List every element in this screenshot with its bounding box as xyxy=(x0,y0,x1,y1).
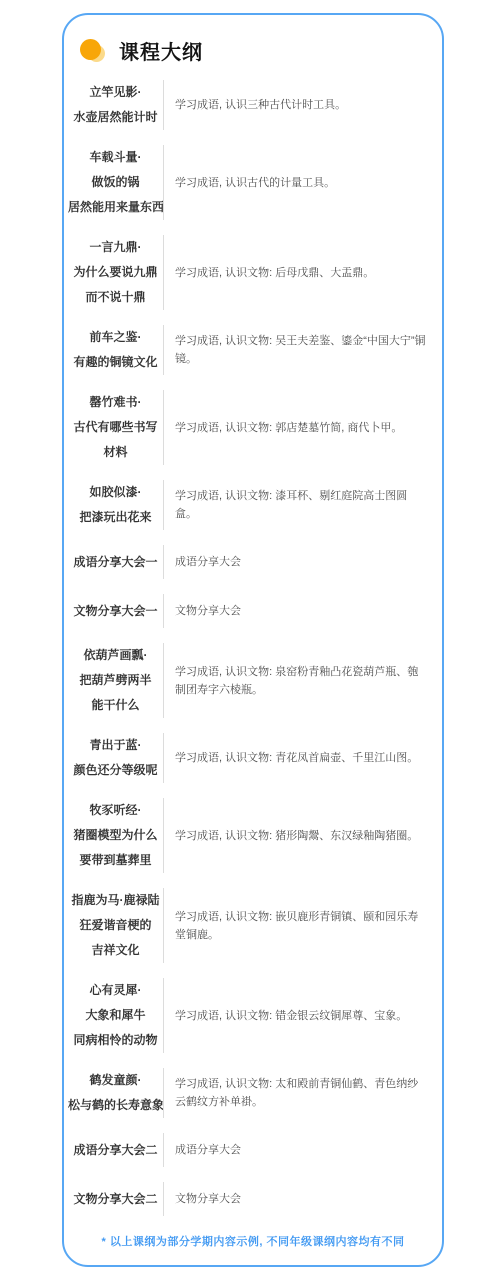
course-title-line: 鹤发童颜· xyxy=(68,1068,163,1093)
orange-dot-icon xyxy=(80,37,106,63)
course-description: 学习成语, 认识文物: 郭店楚墓竹简, 商代卜甲。 xyxy=(175,419,402,437)
course-description: 学习成语, 认识文物: 吴王夫差鉴、鎏金“中国大宁”铜镜。 xyxy=(175,332,428,368)
course-description-cell: 学习成语, 认识文物: 泉窑粉青釉凸花瓷葫芦瓶、匏制团寿字六棱瓶。 xyxy=(164,663,428,699)
course-description: 学习成语, 认识古代的计量工具。 xyxy=(175,174,335,192)
course-title-line: 颜色还分等级呢 xyxy=(68,758,163,783)
course-outline-card: 课程大纲 立竿见影·水壶居然能计时 学习成语, 认识三种古代计时工具。 车载斗量… xyxy=(62,13,444,1267)
course-description: 学习成语, 认识三种古代计时工具。 xyxy=(175,96,346,114)
course-title-line: 依葫芦画瓢· xyxy=(68,643,163,668)
course-title-line: 吉祥文化 xyxy=(68,938,163,963)
table-row: 一言九鼎·为什么要说九鼎而不说十鼎 学习成语, 认识文物: 后母戊鼎、大盂鼎。 xyxy=(68,230,428,315)
course-description: 学习成语, 认识文物: 猪形陶鬶、东汉绿釉陶猪圈。 xyxy=(175,827,418,845)
course-title-line: 居然能用来量东西 xyxy=(68,195,163,220)
course-title-line: 前车之鉴· xyxy=(68,325,163,350)
course-description: 学习成语, 认识文物: 后母戊鼎、大盂鼎。 xyxy=(175,264,374,282)
course-description-cell: 学习成语, 认识文物: 猪形陶鬶、东汉绿釉陶猪圈。 xyxy=(164,827,428,845)
course-title-line: 青出于蓝· xyxy=(68,733,163,758)
table-row: 文物分享大会二 文物分享大会 xyxy=(68,1177,428,1221)
table-row: 青出于蓝·颜色还分等级呢 学习成语, 认识文物: 青花凤首扁壶、千里江山图。 xyxy=(68,728,428,788)
course-description-cell: 学习成语, 认识文物: 吴王夫差鉴、鎏金“中国大宁”铜镜。 xyxy=(164,332,428,368)
course-table: 立竿见影·水壶居然能计时 学习成语, 认识三种古代计时工具。 车载斗量·做饭的锅… xyxy=(68,75,428,1221)
course-description-cell: 学习成语, 认识文物: 嵌贝鹿形青铜镇、颐和园乐寿堂铜鹿。 xyxy=(164,908,428,944)
course-title-line: 松与鹤的长寿意象 xyxy=(68,1093,163,1118)
course-title-cell: 一言九鼎·为什么要说九鼎而不说十鼎 xyxy=(68,235,163,310)
course-description: 学习成语, 认识文物: 青花凤首扁壶、千里江山图。 xyxy=(175,749,418,767)
course-title-cell: 文物分享大会一 xyxy=(68,599,163,624)
table-row: 成语分享大会二 成语分享大会 xyxy=(68,1128,428,1172)
course-description-cell: 学习成语, 认识文物: 错金银云纹铜犀尊、宝象。 xyxy=(164,1007,428,1025)
course-title-line: 把葫芦劈两半 xyxy=(68,668,163,693)
course-description-cell: 学习成语, 认识文物: 郭店楚墓竹简, 商代卜甲。 xyxy=(164,419,428,437)
course-title-cell: 青出于蓝·颜色还分等级呢 xyxy=(68,733,163,783)
course-description: 学习成语, 认识文物: 漆耳杯、剔红庭院高士图圆盒。 xyxy=(175,487,428,523)
course-title-line: 古代有哪些书写 xyxy=(68,415,163,440)
table-row: 成语分享大会一 成语分享大会 xyxy=(68,540,428,584)
course-description: 学习成语, 认识文物: 泉窑粉青釉凸花瓷葫芦瓶、匏制团寿字六棱瓶。 xyxy=(175,663,428,699)
course-title-line: 大象和犀牛 xyxy=(68,1003,163,1028)
table-row: 鹤发童颜·松与鹤的长寿意象 学习成语, 认识文物: 太和殿前青铜仙鹤、青色纳纱云… xyxy=(68,1063,428,1123)
course-title-line: 同病相怜的动物 xyxy=(68,1028,163,1053)
course-title-line: 立竿见影· xyxy=(68,80,163,105)
course-description: 成语分享大会 xyxy=(175,553,241,571)
course-title-line: 水壶居然能计时 xyxy=(68,105,163,130)
course-title-line: 一言九鼎· xyxy=(68,235,163,260)
course-title-line: 做饭的锅 xyxy=(68,170,163,195)
course-description: 文物分享大会 xyxy=(175,1190,241,1208)
course-description-cell: 学习成语, 认识文物: 青花凤首扁壶、千里江山图。 xyxy=(164,749,428,767)
course-title-cell: 依葫芦画瓢·把葫芦劈两半能干什么 xyxy=(68,643,163,718)
course-description: 学习成语, 认识文物: 错金银云纹铜犀尊、宝象。 xyxy=(175,1007,407,1025)
course-description-cell: 学习成语, 认识文物: 漆耳杯、剔红庭院高士图圆盒。 xyxy=(164,487,428,523)
course-title-line: 成语分享大会一 xyxy=(68,550,163,575)
course-description: 文物分享大会 xyxy=(175,602,241,620)
course-title-line: 文物分享大会二 xyxy=(68,1187,163,1212)
course-title-line: 要带到墓葬里 xyxy=(68,848,163,873)
course-title-line: 材料 xyxy=(68,440,163,465)
course-description-cell: 文物分享大会 xyxy=(164,602,428,620)
table-row: 车载斗量·做饭的锅居然能用来量东西 学习成语, 认识古代的计量工具。 xyxy=(68,140,428,225)
table-row: 罄竹难书·古代有哪些书写材料 学习成语, 认识文物: 郭店楚墓竹简, 商代卜甲。 xyxy=(68,385,428,470)
table-row: 依葫芦画瓢·把葫芦劈两半能干什么 学习成语, 认识文物: 泉窑粉青釉凸花瓷葫芦瓶… xyxy=(68,638,428,723)
course-description: 学习成语, 认识文物: 嵌贝鹿形青铜镇、颐和园乐寿堂铜鹿。 xyxy=(175,908,428,944)
course-description: 学习成语, 认识文物: 太和殿前青铜仙鹤、青色纳纱云鹤纹方补单褂。 xyxy=(175,1075,428,1111)
course-description-cell: 成语分享大会 xyxy=(164,1141,428,1159)
course-description-cell: 文物分享大会 xyxy=(164,1190,428,1208)
course-title-line: 有趣的铜镜文化 xyxy=(68,350,163,375)
table-row: 立竿见影·水壶居然能计时 学习成语, 认识三种古代计时工具。 xyxy=(68,75,428,135)
course-title-line: 如胶似漆· xyxy=(68,480,163,505)
course-title-cell: 成语分享大会一 xyxy=(68,550,163,575)
table-row: 如胶似漆·把漆玩出花来 学习成语, 认识文物: 漆耳杯、剔红庭院高士图圆盒。 xyxy=(68,475,428,535)
table-row: 前车之鉴·有趣的铜镜文化 学习成语, 认识文物: 吴王夫差鉴、鎏金“中国大宁”铜… xyxy=(68,320,428,380)
course-title-cell: 牧豕听经·猪圈模型为什么要带到墓葬里 xyxy=(68,798,163,873)
course-title-cell: 立竿见影·水壶居然能计时 xyxy=(68,80,163,130)
course-title-cell: 心有灵犀·大象和犀牛同病相怜的动物 xyxy=(68,978,163,1053)
course-title-line: 成语分享大会二 xyxy=(68,1138,163,1163)
course-title-cell: 指鹿为马·鹿禄陆狂爱谐音梗的吉祥文化 xyxy=(68,888,163,963)
course-title-line: 罄竹难书· xyxy=(68,390,163,415)
course-title-line: 猪圈模型为什么 xyxy=(68,823,163,848)
course-title-line: 指鹿为马·鹿禄陆 xyxy=(68,888,163,913)
course-description-cell: 学习成语, 认识古代的计量工具。 xyxy=(164,174,428,192)
course-title-cell: 如胶似漆·把漆玩出花来 xyxy=(68,480,163,530)
course-description: 成语分享大会 xyxy=(175,1141,241,1159)
course-description-cell: 学习成语, 认识三种古代计时工具。 xyxy=(164,96,428,114)
card-header: 课程大纲 xyxy=(68,31,428,69)
course-title-cell: 前车之鉴·有趣的铜镜文化 xyxy=(68,325,163,375)
table-row: 指鹿为马·鹿禄陆狂爱谐音梗的吉祥文化 学习成语, 认识文物: 嵌贝鹿形青铜镇、颐… xyxy=(68,883,428,968)
footnote: * 以上课纲为部分学期内容示例, 不同年级课纲内容均有不同 xyxy=(68,1221,428,1253)
course-title-cell: 成语分享大会二 xyxy=(68,1138,163,1163)
course-title-cell: 鹤发童颜·松与鹤的长寿意象 xyxy=(68,1068,163,1118)
course-title-line: 车载斗量· xyxy=(68,145,163,170)
course-description-cell: 学习成语, 认识文物: 后母戊鼎、大盂鼎。 xyxy=(164,264,428,282)
course-title-line: 为什么要说九鼎 xyxy=(68,260,163,285)
page-title: 课程大纲 xyxy=(119,36,203,65)
course-title-cell: 车载斗量·做饭的锅居然能用来量东西 xyxy=(68,145,163,220)
course-title-line: 狂爱谐音梗的 xyxy=(68,913,163,938)
course-title-line: 把漆玩出花来 xyxy=(68,505,163,530)
course-title-cell: 文物分享大会二 xyxy=(68,1187,163,1212)
course-description-cell: 成语分享大会 xyxy=(164,553,428,571)
course-title-line: 而不说十鼎 xyxy=(68,285,163,310)
table-row: 牧豕听经·猪圈模型为什么要带到墓葬里 学习成语, 认识文物: 猪形陶鬶、东汉绿釉… xyxy=(68,793,428,878)
course-title-cell: 罄竹难书·古代有哪些书写材料 xyxy=(68,390,163,465)
table-row: 心有灵犀·大象和犀牛同病相怜的动物 学习成语, 认识文物: 错金银云纹铜犀尊、宝… xyxy=(68,973,428,1058)
course-title-line: 能干什么 xyxy=(68,693,163,718)
table-row: 文物分享大会一 文物分享大会 xyxy=(68,589,428,633)
course-description-cell: 学习成语, 认识文物: 太和殿前青铜仙鹤、青色纳纱云鹤纹方补单褂。 xyxy=(164,1075,428,1111)
course-title-line: 心有灵犀· xyxy=(68,978,163,1003)
course-title-line: 文物分享大会一 xyxy=(68,599,163,624)
course-title-line: 牧豕听经· xyxy=(68,798,163,823)
